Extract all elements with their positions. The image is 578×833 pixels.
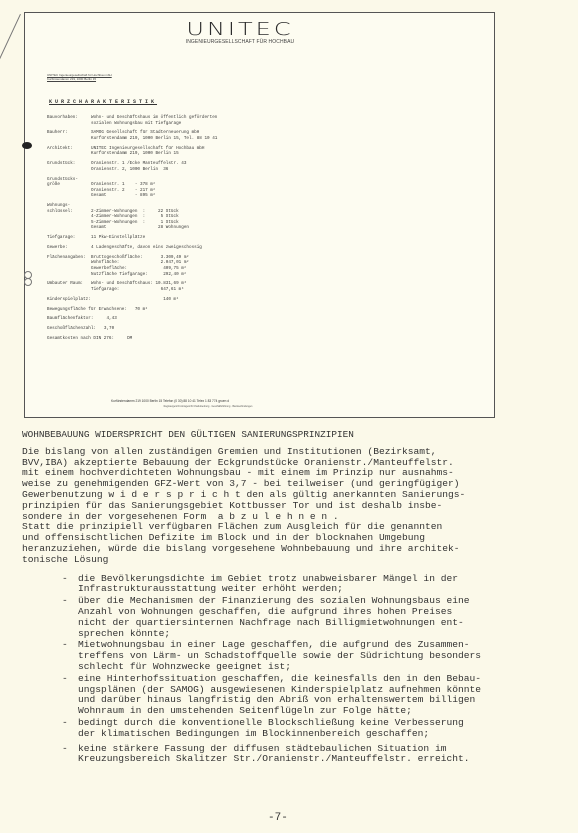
sender-line-2: Kurfürstendamm 219, 1000 Berlin 15 (47, 77, 112, 81)
fact-value: 70 m² (91, 307, 148, 313)
fact-key: Umbauter Raum: (47, 281, 91, 292)
fact-row: Flächenangaben:Bruttogeschoßfläche: 3.30… (47, 255, 217, 277)
fact-key: Flächenangaben: (47, 255, 91, 277)
pen-stroke-mark (0, 14, 21, 69)
fact-key: Grundstücks- größe (47, 177, 91, 199)
fact-key: Grundstück: (47, 161, 91, 172)
bullet-text: die Bevölkerungsdichte im Gebiet trotz u… (78, 574, 458, 596)
logo-subtitle: INGENIEURGESELLSCHAFT FÜR HOCHBAU (175, 39, 305, 45)
unitec-logo: UNITEC INGENIEURGESELLSCHAFT FÜR HOCHBAU (175, 17, 305, 45)
sheet-footer-legal: Registergericht Amtsgericht Charlottenbu… (103, 405, 313, 408)
punch-hole-mark (22, 142, 32, 149)
fact-value: UNITEC Ingenieurgesellschaft für Hochbau… (91, 146, 204, 157)
fact-row: Bauherr:SAMOG Gesellschaft für Stadterne… (47, 130, 217, 141)
fact-row: Baumflächenfaktor: 4,43 (47, 316, 217, 322)
bullet-list: -die Bevölkerungsdichte im Gebiet trotz … (62, 574, 578, 766)
bullet-text: über die Mechanismen der Finanzierung de… (78, 596, 470, 639)
fact-row: Tiefgarage:11 Pkw-Einstellplätze (47, 235, 217, 241)
fact-value: SAMOG Gesellschaft für Stadterneuerung m… (91, 130, 217, 141)
fact-row: Geschoßflächenzahl: 3,70 (47, 326, 217, 332)
bullet-text: Mietwohnungsbau in einer Lage geschaffen… (78, 640, 481, 672)
bullet-dash: - (62, 718, 78, 740)
fact-key: Bauherr: (47, 130, 91, 141)
fact-row: Bewegungsfläche für Erwachsene: 70 m² (47, 307, 217, 313)
bullet-text: bedingt durch die konventionelle Blocksc… (78, 718, 464, 740)
fact-value: 140 m² (91, 297, 179, 303)
fact-row: Gewerbe:4 Ladengeschäfte, davon eins zwe… (47, 245, 217, 251)
list-item: -die Bevölkerungsdichte im Gebiet trotz … (62, 574, 578, 596)
ring-mark (24, 278, 32, 286)
unitec-fact-sheet: UNITEC INGENIEURGESELLSCHAFT FÜR HOCHBAU… (24, 12, 495, 418)
fact-key: Wohnungs- schlüssel: (47, 203, 91, 231)
fact-key: Tiefgarage: (47, 235, 91, 241)
page-number: -7- (268, 812, 288, 824)
fact-row: Grundstücks- größe Oranienstr. 1 - 378 m… (47, 177, 217, 199)
fact-list: Bauvorhaben:Wohn- und Geschäftshaus im ö… (47, 115, 217, 346)
fact-key: Gewerbe: (47, 245, 91, 251)
paragraph-1: Die bislang von allen zuständigen Gremie… (22, 447, 578, 523)
bullet-dash: - (62, 744, 78, 766)
sender-address: UNITEC Ingenieurgesellschaft für Hochbau… (47, 73, 112, 81)
fact-key: Gesamtkosten nach DIN 276: (47, 336, 91, 342)
list-item: -bedingt durch die konventionelle Blocks… (62, 718, 578, 740)
fact-key: Bauvorhaben: (47, 115, 91, 126)
fact-value: Bruttogeschoßfläche: 3.309,49 m² Wohnflä… (91, 255, 189, 277)
fact-row: Gesamtkosten nach DIN 276: DM (47, 336, 217, 342)
section-heading: WOHNBEBAUUNG WIDERSPRICHT DEN GÜLTIGEN S… (22, 430, 578, 441)
fact-value: Wohn- und Geschäftshaus im öffentlich ge… (91, 115, 217, 126)
bullet-dash: - (62, 574, 78, 596)
fact-value: 4,43 (91, 316, 117, 322)
sheet-title: KURZCHARAKTERISTIK (49, 99, 157, 105)
fact-key: Kinderspielplatz: (47, 297, 91, 303)
bullet-dash: - (62, 674, 78, 717)
logo-wordmark: UNITEC (186, 20, 293, 38)
fact-value: 11 Pkw-Einstellplätze (91, 235, 145, 241)
fact-row: Bauvorhaben:Wohn- und Geschäftshaus im ö… (47, 115, 217, 126)
fact-value: Oranienstr. 1 - 378 m² Oranienstr. 2 - 2… (91, 177, 155, 199)
fact-row: Umbauter Raum:Wohn- und Geschäftshaus: 1… (47, 281, 217, 292)
list-item: -über die Mechanismen der Finanzierung d… (62, 596, 578, 639)
fact-value: 3,70 (91, 326, 114, 332)
document-body: WOHNBEBAUUNG WIDERSPRICHT DEN GÜLTIGEN S… (22, 430, 578, 766)
fact-value: 4 Ladengeschäfte, davon eins zweigeschos… (91, 245, 202, 251)
bullet-text: keine stärkere Fassung der diffusen städ… (78, 744, 470, 766)
fact-key: Architekt: (47, 146, 91, 157)
list-item: -keine stärkere Fassung der diffusen stä… (62, 744, 578, 766)
fact-value: DM (91, 336, 132, 342)
sheet-footer-address: Kurfürstendamm 219 1000 Berlin 15 Telefo… (111, 399, 229, 403)
fact-value: Wohn- und Geschäftshaus: 10.831,69 m³ Ti… (91, 281, 186, 292)
fact-key: Baumflächenfaktor: (47, 316, 91, 322)
fact-row: Grundstück:Oranienstr. 1 /Ecke Manteuffe… (47, 161, 217, 172)
fact-key: Bewegungsfläche für Erwachsene: (47, 307, 91, 313)
paragraph-2: Statt die prinzipiell verfügbaren Fläche… (22, 522, 578, 565)
fact-value: 2-Zimmer-Wohnungen : 22 Stück 4-Zimmer-W… (91, 203, 189, 231)
fact-row: Architekt:UNITEC Ingenieurgesellschaft f… (47, 146, 217, 157)
bullet-text: eine Hinterhofssituation geschaffen, die… (78, 674, 481, 717)
bullet-dash: - (62, 596, 78, 639)
fact-row: Kinderspielplatz: 140 m² (47, 297, 217, 303)
fact-key: Geschoßflächenzahl: (47, 326, 91, 332)
list-item: -Mietwohnungsbau in einer Lage geschaffe… (62, 640, 578, 672)
bullet-dash: - (62, 640, 78, 672)
fact-value: Oranienstr. 1 /Ecke Manteuffelstr. 43 Or… (91, 161, 186, 172)
fact-row: Wohnungs- schlüssel: 2-Zimmer-Wohnungen … (47, 203, 217, 231)
list-item: -eine Hinterhofssituation geschaffen, di… (62, 674, 578, 717)
